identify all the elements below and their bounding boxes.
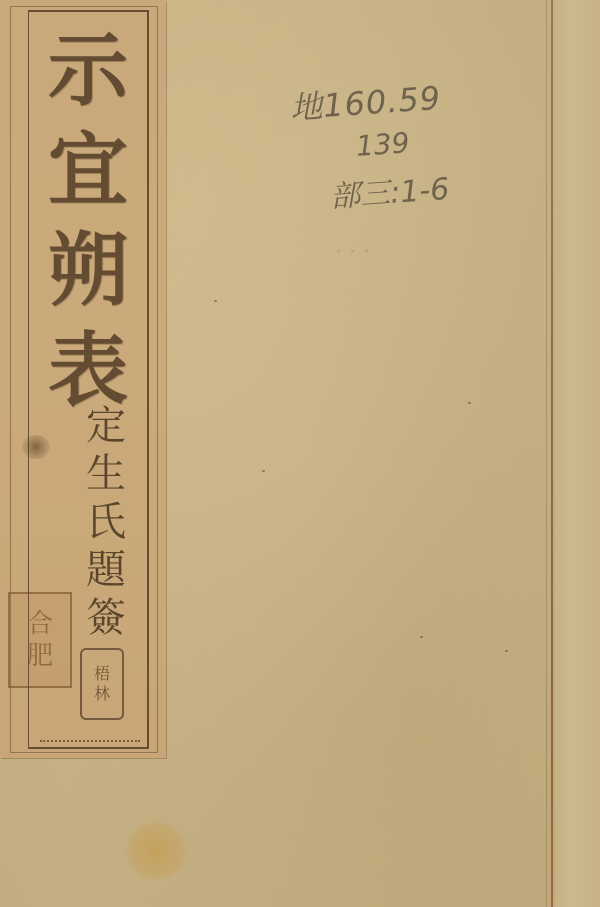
title-label-slip: 示 宜 朔 表 定 生 氏 題 簽 合 肥 梧 林	[0, 0, 166, 758]
paper-speck	[505, 650, 508, 652]
spine-fold-line	[551, 0, 553, 907]
paper-speck	[214, 300, 217, 302]
paper-speck	[420, 636, 423, 638]
collector-seal-large: 合 肥	[8, 592, 72, 688]
seal-large-char-2: 肥	[27, 640, 53, 672]
inscription-char-5: 簽	[86, 594, 126, 642]
book-title: 示 宜 朔 表	[32, 20, 144, 420]
ink-blot	[22, 435, 50, 459]
water-stain	[125, 822, 187, 880]
title-char-3: 朔	[48, 220, 128, 320]
paper-speck	[468, 402, 471, 404]
seal-small-char-2: 林	[94, 684, 110, 704]
erased-pencil-marks: · · ·	[335, 240, 370, 265]
title-char-1: 示	[48, 20, 128, 120]
inscription-char-1: 定	[86, 402, 126, 450]
pencil-volume-note: 部三:1-6	[329, 164, 451, 216]
inscription-char-2: 生	[86, 450, 126, 498]
title-char-2: 宜	[48, 120, 128, 220]
inscription-char-4: 題	[86, 546, 126, 594]
calligrapher-seal: 梧 林	[80, 648, 124, 720]
inscription-char-3: 氏	[86, 498, 126, 546]
cover-edge-strip	[555, 0, 600, 907]
pencil-number: 139	[355, 126, 411, 163]
seal-large-char-1: 合	[27, 608, 53, 640]
calligrapher-inscription: 定 生 氏 題 簽	[76, 402, 136, 642]
paper-speck	[262, 470, 265, 472]
seal-small-char-1: 梧	[94, 664, 110, 684]
crease-line	[546, 0, 547, 907]
label-bottom-border-mark	[40, 740, 140, 748]
